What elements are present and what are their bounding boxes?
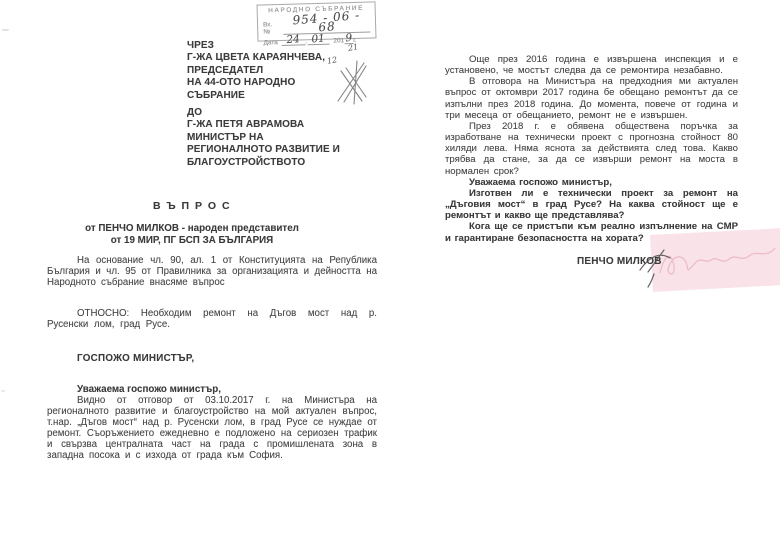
salutation-repeat: Уважаема госпожо министър, xyxy=(445,177,738,188)
stamp-incoming-number-value: 954 - 06 - 68 xyxy=(282,10,371,35)
body-paragraph: Видно от отговор от 03.10.2017 г. на Мин… xyxy=(47,395,377,461)
address-line: МИНИСТЪР НА xyxy=(187,132,340,144)
address-line: Г-ЖА ПЕТЯ АВРАМОВА xyxy=(187,119,340,131)
byline-line-2: от 19 МИР, ПГ БСП ЗА БЪЛГАРИЯ xyxy=(47,235,337,247)
address-line: НА 44-ОТО НАРОДНО xyxy=(187,77,325,89)
question-1: Изготвен ли е технически проект за ремон… xyxy=(445,188,738,221)
author-byline: от ПЕНЧО МИЛКОВ - народен представител о… xyxy=(47,223,337,247)
address-to-block: ДО Г-ЖА ПЕТЯ АВРАМОВА МИНИСТЪР НА РЕГИОН… xyxy=(187,107,340,169)
byline-line-1: от ПЕНЧО МИЛКОВ - народен представител xyxy=(47,223,337,235)
signature-stroke-icon xyxy=(634,244,698,290)
second-page-text-column: Още през 2016 година е извършена инспекц… xyxy=(445,54,738,244)
address-line: ЧРЕЗ xyxy=(187,40,325,52)
legal-basis-paragraph: На основание чл. 90, ал. 1 от Конституци… xyxy=(47,255,377,288)
scan-speck xyxy=(2,29,9,31)
stamp-incoming-number-label: Вх.№ xyxy=(263,21,279,35)
salutation-caps: ГОСПОЖО МИНИСТЪР, xyxy=(77,353,194,364)
handwritten-annotation: 21 12 xyxy=(324,42,376,106)
x-scribble-icon xyxy=(333,59,371,105)
registry-stamp: НАРОДНО СЪБРАНИЕ Вх.№ 954 - 06 - 68 Дата… xyxy=(257,1,377,41)
scanned-document-page: НАРОДНО СЪБРАНИЕ Вх.№ 954 - 06 - 68 Дата… xyxy=(0,0,780,545)
salutation: Уважаема госпожо министър, xyxy=(77,384,221,395)
paragraph-public-procurement: През 2018 г. е обявена обществена поръчк… xyxy=(445,121,738,177)
regarding-paragraph: ОТНОСНО: Необходим ремонт на Дъгов мост … xyxy=(47,308,377,330)
address-line: БЛАГОУСТРОЙСТВОТО xyxy=(187,157,340,169)
paragraph-promise-2018: В отговора на Министъра на предходния ми… xyxy=(445,76,738,121)
address-line: РЕГИОНАЛНОТО РАЗВИТИЕ И xyxy=(187,144,340,156)
address-line: ПРЕДСЕДАТЕЛ xyxy=(187,65,325,77)
document-title: В Ъ П Р О С xyxy=(47,200,337,212)
address-line: СЪБРАНИЕ xyxy=(187,90,325,102)
paragraph-inspection-2016: Още през 2016 година е извършена инспекц… xyxy=(445,54,738,76)
address-line: ДО xyxy=(187,107,340,119)
stamp-incoming-number-line: 954 - 06 - 68 xyxy=(282,13,370,35)
scan-speck xyxy=(1,390,5,392)
address-line: Г-ЖА ЦВЕТА КАРАЯНЧЕВА, xyxy=(187,52,325,64)
address-via-block: ЧРЕЗ Г-ЖА ЦВЕТА КАРАЯНЧЕВА, ПРЕДСЕДАТЕЛ … xyxy=(187,40,325,102)
handwritten-number-top: 21 xyxy=(347,42,359,53)
